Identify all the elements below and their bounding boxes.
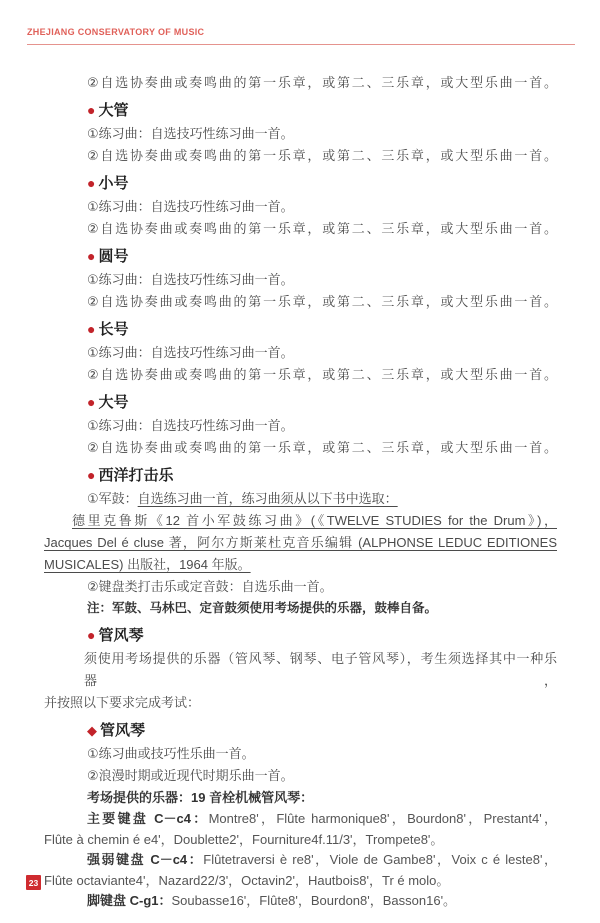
text-segment: Flûte octaviante4'，Nazard22/3'，Octavin2'… bbox=[44, 873, 449, 888]
text-segment: 管风琴 bbox=[98, 627, 143, 644]
bullet-icon: ● bbox=[87, 321, 95, 337]
text-segment: ①练习曲：自选技巧性练习曲一首。 bbox=[87, 345, 294, 360]
text-segment: 脚键盘 C-g1： bbox=[87, 893, 172, 908]
text-segment: ①练习曲或技巧性乐曲一首。 bbox=[87, 746, 255, 761]
text-segment: 西洋打击乐 bbox=[98, 467, 173, 484]
organ-spec-line: Flûte octaviante4'，Nazard22/3'，Octavin2'… bbox=[44, 871, 557, 892]
text-line: ①练习曲：自选技巧性练习曲一首。 bbox=[44, 269, 557, 291]
heading-trombone: ●长号 bbox=[44, 317, 557, 342]
subheading-pipe-organ: ◆管风琴 bbox=[44, 718, 557, 743]
page-number-badge: 23 bbox=[26, 875, 41, 890]
text-line: MUSICALES) 出版社，1964 年版。 bbox=[44, 554, 557, 576]
text-segment: 长号 bbox=[98, 321, 128, 338]
text-line: Jacques Del é cluse 著，阿尔方斯莱杜克音乐编辑 (ALPHO… bbox=[44, 532, 557, 554]
heading-pipe-organ: ●管风琴 bbox=[44, 623, 557, 648]
bullet-icon: ● bbox=[87, 102, 95, 118]
page-header: ZHEJIANG CONSERVATORY OF MUSIC bbox=[0, 0, 600, 46]
text-segment: 管风琴 bbox=[100, 722, 145, 739]
text-segment: 小号 bbox=[98, 175, 128, 192]
text-segment: Jacques Del é cluse 著，阿尔方斯莱杜克音乐编辑 (ALPHO… bbox=[44, 535, 557, 550]
header-rule bbox=[27, 44, 575, 45]
organ-spec-line: Flûte à chemin é e4'，Doublette2'，Fournit… bbox=[44, 830, 557, 851]
organ-spec-line: 强弱键盘 C－c4：Flûtetraversi è re8'，Viole de … bbox=[44, 850, 557, 871]
text-line: ②自选协奏曲或奏鸣曲的第一乐章，或第二、三乐章，或大型乐曲一首。 bbox=[44, 437, 557, 459]
text-line: ②自选协奏曲或奏鸣曲的第一乐章，或第二、三乐章，或大型乐曲一首。 bbox=[44, 364, 557, 386]
text-line: ②自选协奏曲或奏鸣曲的第一乐章，或第二、三乐章，或大型乐曲一首。 bbox=[44, 218, 557, 240]
bullet-icon: ● bbox=[87, 467, 95, 483]
bullet-icon: ● bbox=[87, 627, 95, 643]
bullet-icon: ● bbox=[87, 175, 95, 191]
text-segment: Flûtetraversi è re8'，Viole de Gambe8'，Vo… bbox=[203, 852, 557, 867]
text-segment: MUSICALES) 出版社，1964 年版。 bbox=[44, 557, 251, 572]
text-segment: 须使用考场提供的乐器（管风琴、钢琴、电子管风琴），考生须选择其中一种乐器， bbox=[84, 651, 557, 688]
text-line: 德里克鲁斯《12 首小军鼓练习曲》(《TWELVE STUDIES for th… bbox=[44, 510, 557, 532]
text-line: 考场提供的乐器：19 音栓机械管风琴： bbox=[44, 787, 557, 809]
text-line: 须使用考场提供的乐器（管风琴、钢琴、电子管风琴），考生须选择其中一种乐器， bbox=[44, 648, 557, 692]
text-segment: ①练习曲：自选技巧性练习曲一首。 bbox=[87, 272, 294, 287]
text-segment: ②浪漫时期或近现代时期乐曲一首。 bbox=[87, 768, 294, 783]
text-segment: 考场提供的乐器：19 音栓机械管风琴： bbox=[87, 790, 313, 805]
note-line: 注：军鼓、马林巴、定音鼓须使用考场提供的乐器，鼓棒自备。 bbox=[44, 598, 557, 619]
heading-french-horn: ●圆号 bbox=[44, 244, 557, 269]
text-segment: ②自选协奏曲或奏鸣曲的第一乐章，或第二、三乐章，或大型乐曲一首。 bbox=[87, 148, 557, 163]
text-segment: 德里克鲁斯《12 首小军鼓练习曲》(《TWELVE STUDIES for th… bbox=[72, 513, 557, 528]
text-segment: ②自选协奏曲或奏鸣曲的第一乐章，或第二、三乐章，或大型乐曲一首。 bbox=[87, 367, 557, 382]
heading-bassoon: ●大管 bbox=[44, 98, 557, 123]
text-line: ①练习曲：自选技巧性练习曲一首。 bbox=[44, 415, 557, 437]
text-segment: 主要键盘 C－c4： bbox=[87, 811, 209, 826]
text-segment: 自选练习曲一首，练习曲须从以下书中选取： bbox=[138, 491, 398, 506]
text-segment: ②自选协奏曲或奏鸣曲的第一乐章，或第二、三乐章，或大型乐曲一首。 bbox=[87, 221, 557, 236]
text-segment: Flûte à chemin é e4'，Doublette2'，Fournit… bbox=[44, 832, 443, 847]
text-segment: 大号 bbox=[98, 394, 128, 411]
text-line: ①练习曲或技巧性乐曲一首。 bbox=[44, 743, 557, 765]
organ-spec-line: 脚键盘 C-g1：Soubasse16'，Flûte8'，Bourdon8'，B… bbox=[44, 891, 557, 912]
content: ②自选协奏曲或奏鸣曲的第一乐章，或第二、三乐章，或大型乐曲一首。●大管①练习曲：… bbox=[44, 46, 557, 912]
text-segment: 强弱键盘 C－c4： bbox=[87, 852, 203, 867]
text-line: ②自选协奏曲或奏鸣曲的第一乐章，或第二、三乐章，或大型乐曲一首。 bbox=[44, 145, 557, 167]
text-segment: ②自选协奏曲或奏鸣曲的第一乐章，或第二、三乐章，或大型乐曲一首。 bbox=[87, 294, 557, 309]
text-segment: ①军鼓： bbox=[87, 491, 138, 506]
text-line: ①练习曲：自选技巧性练习曲一首。 bbox=[44, 123, 557, 145]
header-title: ZHEJIANG CONSERVATORY OF MUSIC bbox=[27, 27, 204, 37]
text-line: ②自选协奏曲或奏鸣曲的第一乐章，或第二、三乐章，或大型乐曲一首。 bbox=[44, 291, 557, 313]
text-segment: 大管 bbox=[98, 102, 128, 119]
text-line: 并按照以下要求完成考试： bbox=[44, 692, 557, 714]
diamond-icon: ◆ bbox=[87, 723, 97, 738]
text-segment: 并按照以下要求完成考试： bbox=[44, 695, 200, 710]
text-segment: ①练习曲：自选技巧性练习曲一首。 bbox=[87, 126, 294, 141]
text-line: ①练习曲：自选技巧性练习曲一首。 bbox=[44, 342, 557, 364]
bullet-icon: ● bbox=[87, 394, 95, 410]
text-segment: ②键盘类打击乐或定音鼓：自选乐曲一首。 bbox=[87, 579, 333, 594]
heading-tuba: ●大号 bbox=[44, 390, 557, 415]
text-segment: ①练习曲：自选技巧性练习曲一首。 bbox=[87, 418, 294, 433]
heading-western-percussion: ●西洋打击乐 bbox=[44, 463, 557, 488]
text-line: ②浪漫时期或近现代时期乐曲一首。 bbox=[44, 765, 557, 787]
text-line: ②键盘类打击乐或定音鼓：自选乐曲一首。 bbox=[44, 576, 557, 598]
text-line: ①军鼓：自选练习曲一首，练习曲须从以下书中选取： bbox=[44, 488, 557, 510]
text-segment: ②自选协奏曲或奏鸣曲的第一乐章，或第二、三乐章，或大型乐曲一首。 bbox=[87, 75, 557, 90]
page: ZHEJIANG CONSERVATORY OF MUSIC ②自选协奏曲或奏鸣… bbox=[0, 0, 600, 923]
bullet-icon: ● bbox=[87, 248, 95, 264]
text-line: ①练习曲：自选技巧性练习曲一首。 bbox=[44, 196, 557, 218]
text-segment: Soubasse16'，Flûte8'，Bourdon8'，Basson16'。 bbox=[172, 893, 457, 908]
text-segment: Montre8'，Flûte harmonique8'，Bourdon8'，Pr… bbox=[209, 811, 557, 826]
text-segment: ①练习曲：自选技巧性练习曲一首。 bbox=[87, 199, 294, 214]
text-line: ②自选协奏曲或奏鸣曲的第一乐章，或第二、三乐章，或大型乐曲一首。 bbox=[44, 72, 557, 94]
text-segment: 注：军鼓、马林巴、定音鼓须使用考场提供的乐器，鼓棒自备。 bbox=[87, 601, 437, 615]
organ-spec-line: 主要键盘 C－c4：Montre8'，Flûte harmonique8'，Bo… bbox=[44, 809, 557, 830]
heading-trumpet: ●小号 bbox=[44, 171, 557, 196]
text-segment: 圆号 bbox=[98, 248, 128, 265]
text-segment: ②自选协奏曲或奏鸣曲的第一乐章，或第二、三乐章，或大型乐曲一首。 bbox=[87, 440, 557, 455]
